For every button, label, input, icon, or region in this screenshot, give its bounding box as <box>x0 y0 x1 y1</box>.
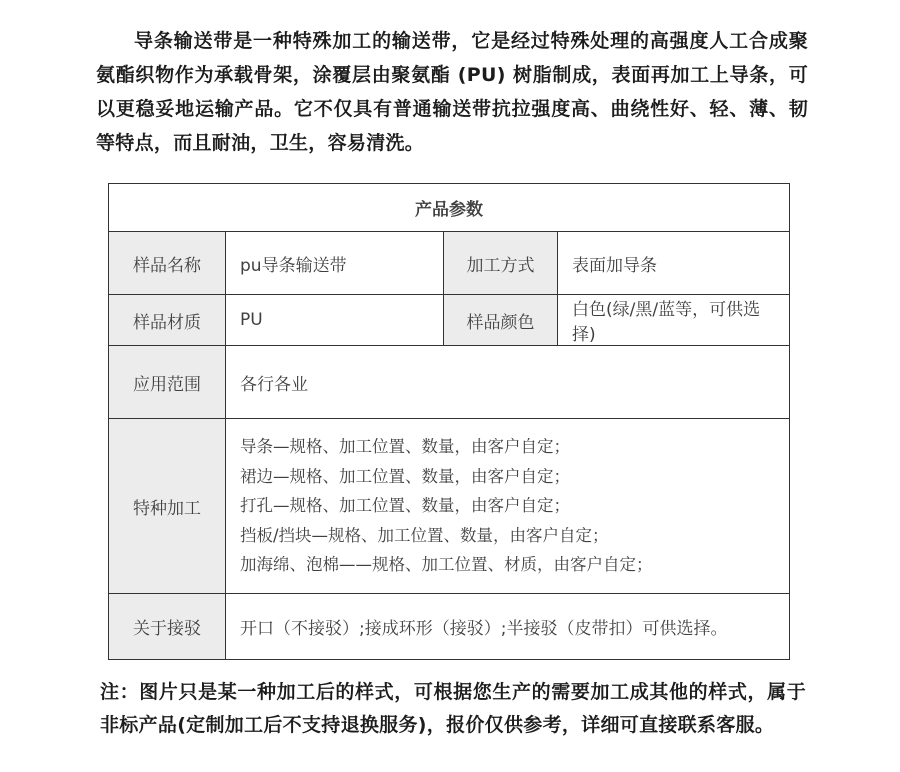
special-processing-line: 导条—规格、加工位置、数量，由客户自定； <box>240 432 783 462</box>
table-title-row: 产品参数 <box>109 184 790 232</box>
product-parameters-table: 产品参数 样品名称 pu导条输送带 加工方式 表面加导条 样品材质 PU 样品颜… <box>108 183 790 660</box>
table-row-splicing: 关于接驳 开口（不接驳）;接成环形（接驳）;半接驳（皮带扣）可供选择。 <box>109 594 790 660</box>
value-splicing: 开口（不接驳）;接成环形（接驳）;半接驳（皮带扣）可供选择。 <box>226 594 790 660</box>
table-row-sample-material: 样品材质 PU 样品颜色 白色(绿/黑/蓝等，可供选择) <box>109 295 790 346</box>
product-intro-paragraph: 导条输送带是一种特殊加工的输送带，它是经过特殊处理的高强度人工合成聚氨酯织物作为… <box>96 24 808 160</box>
special-processing-line: 打孔—规格、加工位置、数量，由客户自定； <box>240 491 783 521</box>
table-row-special-processing: 特种加工 导条—规格、加工位置、数量，由客户自定；裙边—规格、加工位置、数量，由… <box>109 419 790 594</box>
value-processing-method: 表面加导条 <box>558 232 790 295</box>
value-application-scope: 各行各业 <box>226 346 790 419</box>
label-sample-color: 样品颜色 <box>444 295 558 346</box>
special-processing-line: 挡板/挡块—规格、加工位置、数量，由客户自定； <box>240 521 783 551</box>
label-sample-name: 样品名称 <box>109 232 226 295</box>
product-detail-page: 导条输送带是一种特殊加工的输送带，它是经过特殊处理的高强度人工合成聚氨酯织物作为… <box>0 0 900 772</box>
table-row-application-scope: 应用范围 各行各业 <box>109 346 790 419</box>
table-title: 产品参数 <box>109 184 790 232</box>
label-sample-material: 样品材质 <box>109 295 226 346</box>
value-sample-material: PU <box>226 295 444 346</box>
footer-note: 注：图片只是某一种加工后的样式，可根据您生产的需要加工成其他的样式，属于非标产品… <box>100 676 806 742</box>
special-processing-line: 加海绵、泡棉——规格、加工位置、材质，由客户自定； <box>240 550 783 580</box>
label-application-scope: 应用范围 <box>109 346 226 419</box>
label-special-processing: 特种加工 <box>109 419 226 594</box>
value-sample-name: pu导条输送带 <box>226 232 444 295</box>
label-splicing: 关于接驳 <box>109 594 226 660</box>
special-processing-line: 裙边—规格、加工位置、数量，由客户自定； <box>240 462 783 492</box>
label-processing-method: 加工方式 <box>444 232 558 295</box>
value-special-processing: 导条—规格、加工位置、数量，由客户自定；裙边—规格、加工位置、数量，由客户自定；… <box>226 419 790 594</box>
value-sample-color: 白色(绿/黑/蓝等，可供选择) <box>558 295 790 346</box>
table-row-sample-name: 样品名称 pu导条输送带 加工方式 表面加导条 <box>109 232 790 295</box>
